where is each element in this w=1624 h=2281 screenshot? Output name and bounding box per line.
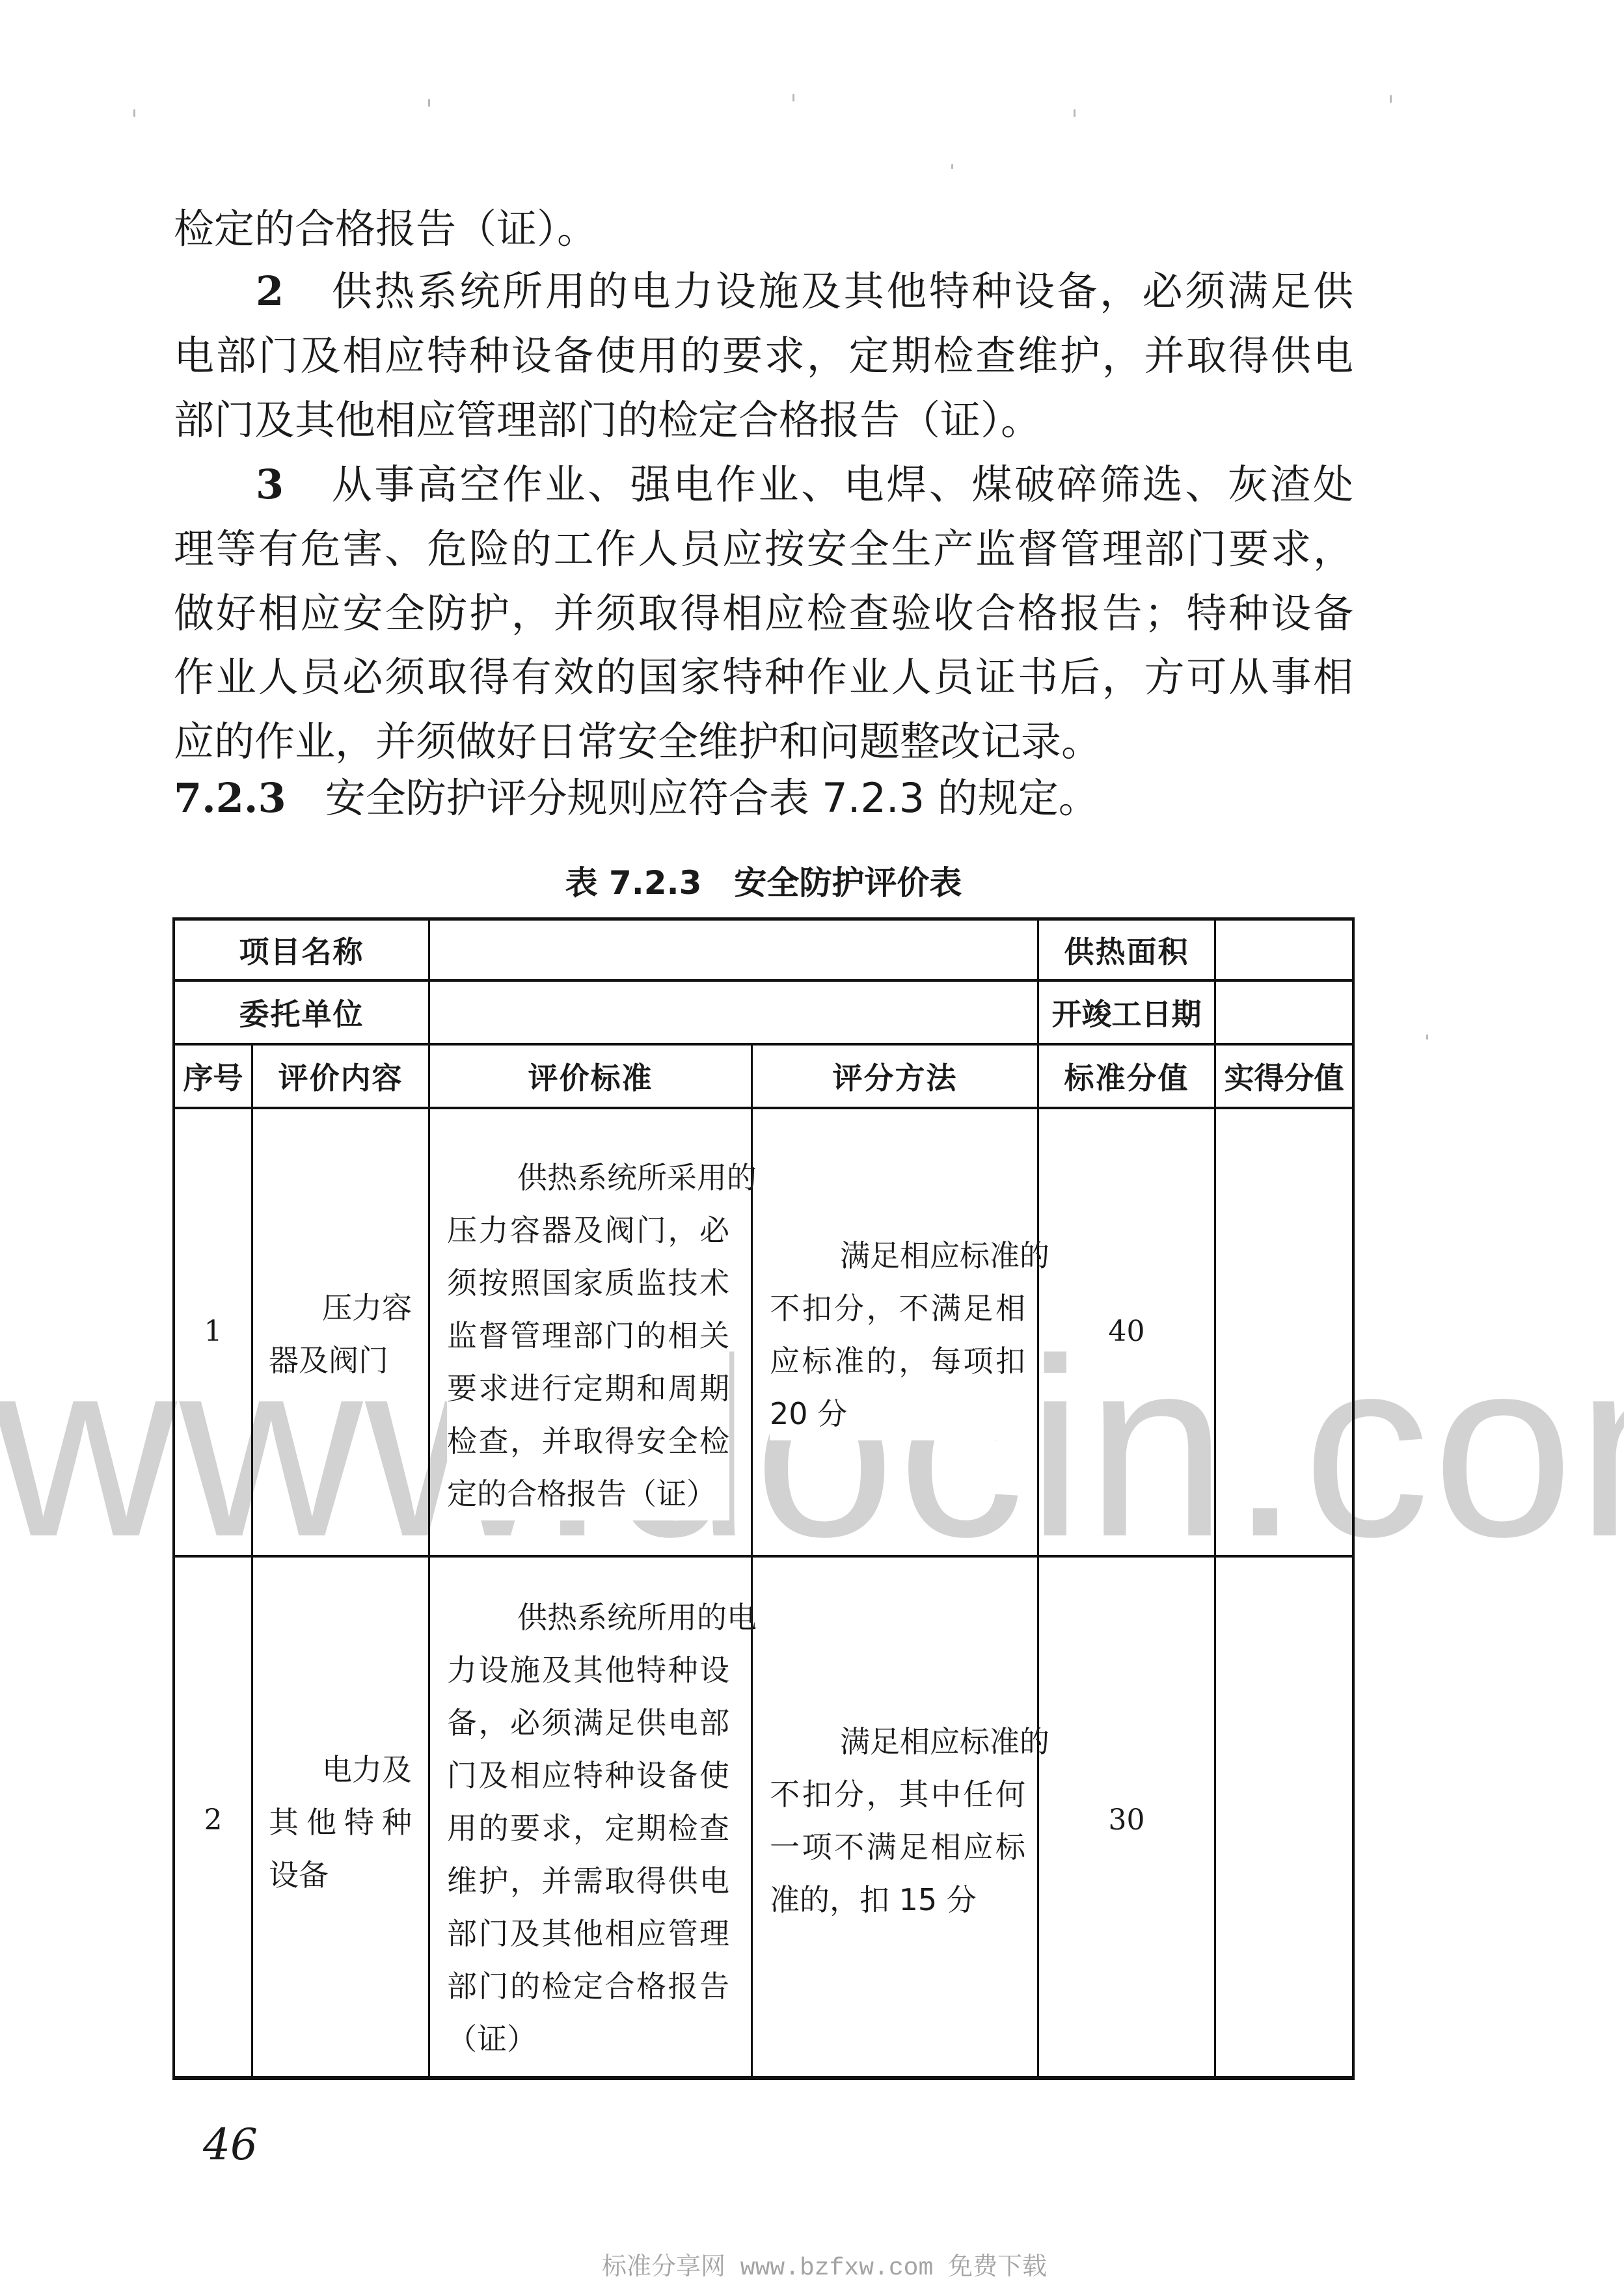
- evaluation-criteria: 供热系统所用的电 力设施及其他特种设 备，必须满足供电部 门及相应特种设备使 用…: [447, 1591, 729, 2066]
- item-number: 2: [256, 267, 284, 315]
- table-caption: 表 7.2.3安全防护评价表: [0, 860, 1527, 906]
- table-right-border: [1352, 917, 1355, 2080]
- scan-speck: [1074, 109, 1076, 117]
- header-actual-score: 实得分值: [1216, 1046, 1352, 1107]
- body-line: 作业人员必须取得有效的国家特种作业人员证书后，方可从事相: [174, 645, 1353, 709]
- page-number: 46: [203, 2120, 258, 2170]
- heating-area-value: [1216, 921, 1352, 979]
- label-construction-dates: 开竣工日期: [1039, 982, 1214, 1043]
- scan-speck: [133, 109, 135, 117]
- body-line: 做好相应安全防护，并须取得相应检查验收合格报告；特种设备: [174, 582, 1353, 645]
- item-number: 3: [256, 461, 284, 508]
- caption-title: 安全防护评价表: [734, 864, 962, 902]
- row-index: 2: [175, 1801, 251, 1840]
- body-line: 理等有危害、危险的工作人员应按安全生产监督管理部门要求，: [174, 517, 1353, 581]
- row-divider: [172, 1555, 1355, 1558]
- body-line-item-2: 2供热系统所用的电力设施及其他特种设备，必须满足供: [256, 260, 1353, 323]
- footer-text: 标准分享网 www.bzfxw.com 免费下载: [602, 2246, 1047, 2281]
- clause-7-2-3: 7.2.3安全防护评分规则应符合表 7.2.3 的规定。: [174, 766, 1353, 830]
- label-heating-area: 供热面积: [1039, 921, 1214, 979]
- scoring-method: 满足相应标准的 不扣分，其中任何 一项不满足相应标 准的，扣 15 分: [770, 1716, 1025, 1926]
- label-client-unit: 委托单位: [175, 982, 428, 1043]
- construction-dates-value: [1216, 982, 1352, 1043]
- standard-score: 40: [1039, 1312, 1214, 1351]
- project-name-value: [430, 921, 1037, 979]
- label-project-name: 项目名称: [175, 921, 428, 979]
- scan-speck: [792, 94, 794, 101]
- header-index: 序号: [175, 1046, 251, 1107]
- body-line-item-3: 3从事高空作业、强电作业、电焊、煤破碎筛选、灰渣处: [256, 453, 1353, 517]
- scan-speck: [1390, 95, 1392, 103]
- scan-speck: [428, 99, 430, 107]
- body-line: 部门及其他相应管理部门的检定合格报告（证）。: [174, 388, 1353, 452]
- body-line: 检定的合格报告（证）。: [174, 197, 1353, 261]
- evaluation-criteria: 供热系统所采用的 压力容器及阀门，必 须按照国家质监技术 监督管理部门的相关 要…: [447, 1152, 729, 1520]
- scoring-method: 满足相应标准的 不扣分，不满足相 应标准的，每项扣 20 分: [770, 1230, 1025, 1440]
- header-content: 评价内容: [253, 1046, 428, 1107]
- col-divider: [251, 1044, 253, 2080]
- clause-number: 7.2.3: [174, 774, 286, 822]
- evaluation-content: 压力容 器及阀门: [269, 1282, 412, 1387]
- table-bottom-border: [172, 2076, 1355, 2080]
- header-method: 评分方法: [753, 1046, 1037, 1107]
- header-divider: [172, 1107, 1355, 1109]
- evaluation-content: 电力及 其他特种 设备: [269, 1744, 412, 1902]
- body-line: 电部门及相应特种设备使用的要求，定期检查维护，并取得供电: [174, 324, 1353, 388]
- header-criteria: 评价标准: [430, 1046, 751, 1107]
- client-unit-value: [430, 982, 1037, 1043]
- header-standard-score: 标准分值: [1039, 1046, 1214, 1107]
- standard-score: 30: [1039, 1801, 1214, 1840]
- body-line: 应的作业，并须做好日常安全维护和问题整改记录。: [174, 710, 1353, 774]
- caption-number: 表 7.2.3: [565, 864, 702, 902]
- evaluation-table: 项目名称 供热面积 委托单位 开竣工日期 序号 评价内容 评价标准 评分方法 标…: [172, 917, 1355, 2080]
- scan-speck: [951, 164, 953, 169]
- scan-speck: [1426, 1034, 1428, 1040]
- row-index: 1: [175, 1312, 251, 1351]
